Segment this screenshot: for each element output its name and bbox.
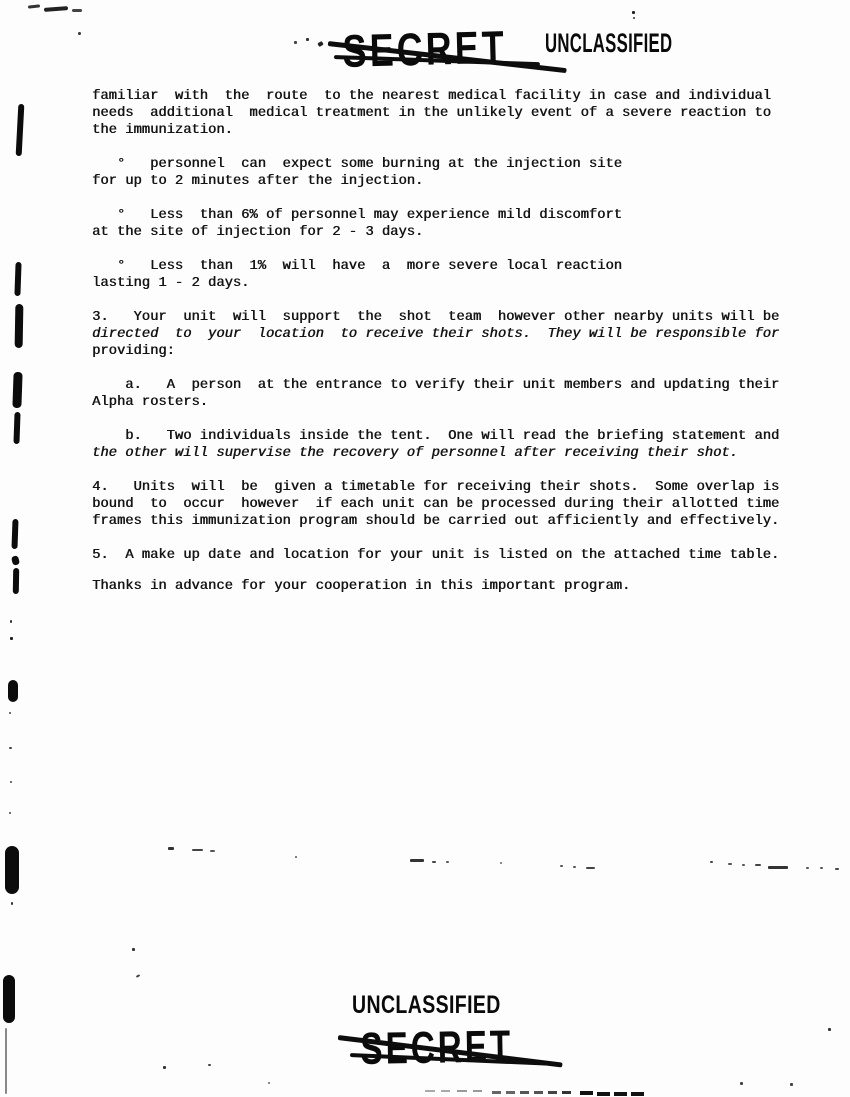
scan-artifact: [432, 861, 436, 863]
scan-artifact: [78, 32, 81, 35]
scan-artifact: [820, 867, 823, 869]
scan-artifact: [580, 1091, 593, 1095]
unclassified-stamp-top: UNCLASSIFIED: [545, 30, 672, 57]
text-line: familiar with the route to the nearest m…: [92, 88, 779, 105]
scan-artifact: [3, 975, 15, 1023]
scan-artifact: [10, 637, 13, 640]
bullet-burning: ° personnel can expect some burning at t…: [92, 156, 779, 190]
bullet-severe-reaction: ° Less than 1% will have a more severe l…: [92, 258, 779, 292]
scan-artifact: [14, 262, 21, 296]
scan-artifact: [210, 850, 215, 852]
scan-artifact: [425, 1090, 435, 1092]
scan-artifact: [742, 864, 745, 866]
scan-artifact: [13, 568, 19, 594]
unclassified-stamp-bottom: UNCLASSIFIED: [352, 993, 501, 1018]
scan-artifact: [294, 41, 297, 44]
scan-artifact: [560, 865, 563, 867]
scan-artifact: [562, 1091, 571, 1094]
scan-artifact: [828, 1028, 831, 1031]
scan-artifact: [755, 864, 761, 866]
scan-artifact: [446, 861, 449, 863]
text-line: frames this immunization program should …: [92, 513, 779, 530]
scan-artifact: [548, 1091, 557, 1094]
text-line: providing:: [92, 343, 779, 360]
scan-artifact: [410, 859, 424, 862]
scan-artifact: [710, 861, 713, 863]
scan-artifact: [631, 1092, 644, 1096]
scan-artifact: [633, 17, 635, 19]
scan-artifact: [163, 1066, 166, 1069]
bullet-discomfort: ° Less than 6% of personnel may experien…: [92, 207, 779, 241]
text-line: for up to 2 minutes after the injection.: [92, 173, 779, 190]
scan-artifact: [790, 1083, 793, 1086]
scan-artifact: [534, 1091, 543, 1094]
scan-artifact: [44, 6, 68, 12]
scan-artifact: [13, 412, 20, 444]
scan-artifact: [728, 863, 732, 865]
text-line: directed to your location to receive the…: [92, 326, 779, 343]
text-line: 3. Your unit will support the shot team …: [92, 309, 779, 326]
paragraph-4: 4. Units will be given a timetable for r…: [92, 479, 779, 530]
scan-artifact: [11, 902, 13, 905]
scan-artifact: [295, 856, 297, 858]
paragraph-3: 3. Your unit will support the shot team …: [92, 309, 779, 360]
text-line: b. Two individuals inside the tent. One …: [92, 428, 779, 445]
scan-artifact: [9, 747, 12, 749]
scan-artifact: [16, 104, 25, 156]
text-line: ° Less than 6% of personnel may experien…: [92, 207, 779, 224]
text-line: bound to occur however if each unit can …: [92, 496, 779, 513]
scan-artifact: [192, 849, 203, 851]
scan-artifact: [12, 372, 22, 408]
scan-artifact: [614, 1092, 627, 1096]
scan-artifact: [573, 866, 576, 868]
scan-artifact: [597, 1092, 610, 1096]
scan-artifact: [9, 712, 11, 714]
scan-artifact: [8, 680, 18, 702]
scan-artifact: [806, 867, 809, 869]
text-line: lasting 1 - 2 days.: [92, 275, 779, 292]
scan-artifact: [768, 866, 788, 869]
scan-artifact: [208, 1064, 211, 1066]
paragraph-5: 5. A make up date and location for your …: [92, 547, 779, 564]
scan-artifact: [457, 1090, 467, 1092]
text-line: Thanks in advance for your cooperation i…: [92, 578, 779, 595]
scan-artifact: [10, 781, 12, 783]
scan-artifact: [500, 862, 502, 864]
scan-artifact: [473, 1090, 482, 1092]
text-line: the immunization.: [92, 122, 779, 139]
scan-artifact: [268, 1082, 270, 1084]
scan-artifact: [5, 846, 19, 894]
scan-artifact: [72, 9, 82, 12]
subitem-b: b. Two individuals inside the tent. One …: [92, 428, 779, 462]
paragraph-intro: familiar with the route to the nearest m…: [92, 88, 779, 139]
scan-artifact: [586, 867, 595, 869]
text-line: needs additional medical treatment in th…: [92, 105, 779, 122]
document-body: familiar with the route to the nearest m…: [92, 88, 779, 612]
text-line: a. A person at the entrance to verify th…: [92, 377, 779, 394]
scan-artifact: [506, 1091, 515, 1094]
scan-artifact: [520, 1091, 529, 1094]
scan-artifact: [10, 620, 12, 623]
text-line: 5. A make up date and location for your …: [92, 547, 779, 564]
scan-artifact: [9, 812, 11, 814]
scan-artifact: [132, 948, 135, 951]
text-line: ° Less than 1% will have a more severe l…: [92, 258, 779, 275]
scan-artifact: [11, 555, 20, 566]
scan-artifact: [441, 1090, 450, 1092]
subitem-a: a. A person at the entrance to verify th…: [92, 377, 779, 411]
text-line: Alpha rosters.: [92, 394, 779, 411]
scan-artifact: [632, 11, 635, 14]
scan-artifact: [136, 974, 140, 978]
scan-artifact: [740, 1082, 743, 1085]
closing-line: Thanks in advance for your cooperation i…: [92, 578, 779, 595]
scan-artifact: [11, 519, 18, 549]
scan-artifact: [15, 304, 24, 348]
scan-artifact: [306, 38, 309, 41]
scan-artifact: [317, 41, 323, 47]
text-line: at the site of injection for 2 - 3 days.: [92, 224, 779, 241]
text-line: the other will supervise the recovery of…: [92, 445, 779, 462]
scan-artifact: [168, 847, 174, 850]
text-line: 4. Units will be given a timetable for r…: [92, 479, 779, 496]
scan-artifact: [5, 1028, 7, 1094]
scan-artifact: [28, 4, 40, 8]
scan-artifact: [835, 868, 839, 870]
text-line: ° personnel can expect some burning at t…: [92, 156, 779, 173]
scan-artifact: [492, 1091, 501, 1094]
scanned-document-page: SECRET UNCLASSIFIED familiar with the ro…: [0, 0, 850, 1097]
